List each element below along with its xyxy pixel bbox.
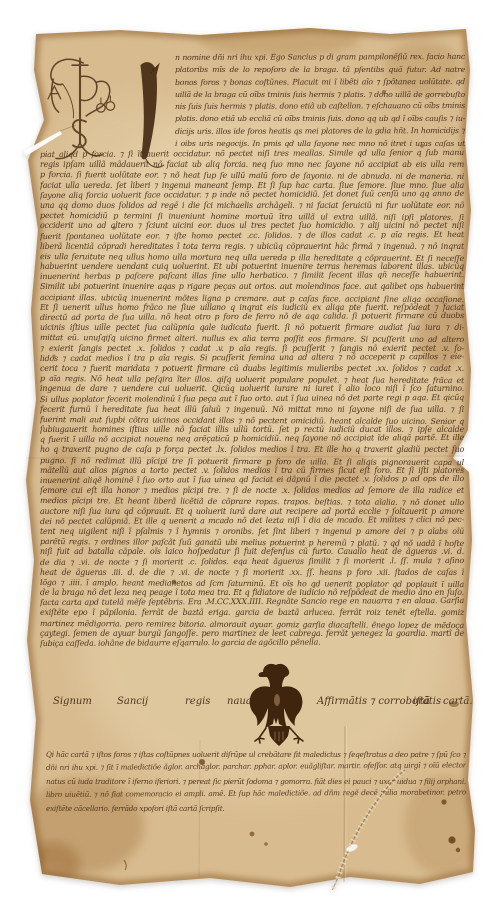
text-line: regis ipſam uillã mãdauerit nõ faciat ub… <box>40 160 464 170</box>
text-line: fecerit furnũ ĩ hereditate ſua heat illũ… <box>40 405 464 415</box>
text-line: q fuerit ĩ uilla nõ accipiat nouena neq … <box>40 433 464 445</box>
text-line: cerit toca ⁊ fuerit maridata ⁊ potuerit … <box>40 364 464 374</box>
text-line: exiſtẽte cãcellario. ferrãdo xpofori iſt… <box>46 802 466 815</box>
text-line: dñi nri ihu xpi. ⁊ ſit ĩ maledictiõe ãgl… <box>46 759 466 775</box>
text-line: liberã licentiã cõpradi hereditates ĩ to… <box>40 242 464 252</box>
text-line: martinez mẽdigorria. pero remirez bitori… <box>40 619 464 631</box>
text-line: bonos foros ⁊ bonas coſtũnes. Placuit mi… <box>175 75 465 88</box>
eagle-signum <box>246 662 314 748</box>
parchment: n nomine dñi nri ihu xpi. Ego Sancius p … <box>24 26 480 890</box>
text-line: nis ſuis ſuis hermis ⁊ platis. dono etiã… <box>175 100 465 113</box>
photo-background: { "colors": { "background": "#ffffff", "… <box>0 0 500 908</box>
text-line: inuenerint aliqẽ hominẽ ĩ ſuo orto aut ĩ… <box>40 474 464 486</box>
text-line: accipiant illas. ubicũq inuenerint mõtes… <box>40 293 464 305</box>
text-line: piat aliqd p forcia. ⁊ ſi ĩtrauerit occi… <box>40 148 464 160</box>
text-line: ſayone aliq forcia uoluerit face occidat… <box>40 189 464 201</box>
text-line: platis. dono etiã ub eccliã cũ oĩbs tmin… <box>175 113 465 125</box>
text-line: pugno. ſi nõ redimat illũ pĩcipi tre ſi … <box>40 456 464 468</box>
text-line: heat de ãgueras .iii. d. de die ⁊ .vi. d… <box>40 568 464 578</box>
text-line: facta carta apd tutelã mẽſe ſeptẽbris. E… <box>40 596 464 608</box>
text-line: exiſtẽte epo ĩ pãpilonia. ferrãt de bazt… <box>40 608 464 618</box>
text-line: inuenerint herbas p paſcere paſcant illa… <box>40 270 464 282</box>
signum-word: cartã. <box>443 696 473 707</box>
text-line: lidos ⁊ cadat medios ĩ tra p aĩa regis. … <box>40 352 464 364</box>
charter-header-block: n nomine dñi nri ihu xpi. Ego Sancius p … <box>175 52 465 150</box>
text-line: ſemore cui eſt illa honor ⁊ medios pĩcip… <box>40 486 464 496</box>
text-line: libro uiuẽtiũ. ⁊ nõ fiat comemoracio ei … <box>46 786 466 802</box>
text-line: Si ullus poplator fecerit molendinũ ĩ ſu… <box>40 392 464 404</box>
anathema-block: Qi hãc cartã ⁊ iſtos foros ⁊ iſtas coſtũ… <box>46 748 466 815</box>
text-line: Similit ubi potuerint inuenire aqas p ri… <box>40 282 464 292</box>
text-line: tent neq uigilent niſi ĩ pſalmis ⁊ ĩ hym… <box>40 527 464 537</box>
text-line: de dia ⁊ .vi. de nocte ⁊ ſi morierit .c.… <box>40 555 464 567</box>
signum-word: iſtã <box>413 696 430 707</box>
charter-body-block: piat aliqd p forcia. ⁊ ſi ĩtrauerit occi… <box>40 150 464 649</box>
text-line: uicinis iſtius uille pectet ſua calũpnia… <box>40 323 464 333</box>
text-line: fuerint mali aut ſupbi cõtra uicinos occ… <box>40 415 464 427</box>
text-line: dicijs uris. illos ide foros heatis qs m… <box>175 124 465 137</box>
text-line: eis ulla ſeruitute neq ullus homo ulla m… <box>40 252 464 264</box>
text-line: ſubiça caſſeda. iohãne de bidaurre eſqar… <box>40 637 464 649</box>
text-line: directũ ad porta de ſua uilla. nõ heat o… <box>40 311 464 323</box>
text-line: lõgo ⁊ .iiii. ĩ amplo. heant medianetos … <box>40 578 464 590</box>
signum-word: Signum <box>53 696 92 707</box>
text-line: una qq domo duos ſolidos ad regẽ i die ſ… <box>40 201 464 211</box>
signum-word-king-name: Sancij <box>117 696 148 707</box>
text-line: dei nõ pectet calũpniã. Et ille q ueneri… <box>40 515 464 527</box>
text-line: ho q traxerit pugno de caſa p força pect… <box>40 445 464 455</box>
text-line: n nomine dñi nri ihu xpi. Ego Sancius p … <box>175 51 465 64</box>
signum-word: regis <box>185 696 210 707</box>
chrismon-monogram <box>38 50 122 162</box>
text-line: platoribs mĩs de lo repoſoro de la braga… <box>175 64 465 76</box>
text-line: fuerit ſpontanea uolũtate eor. ⁊ iſte ho… <box>40 229 464 241</box>
